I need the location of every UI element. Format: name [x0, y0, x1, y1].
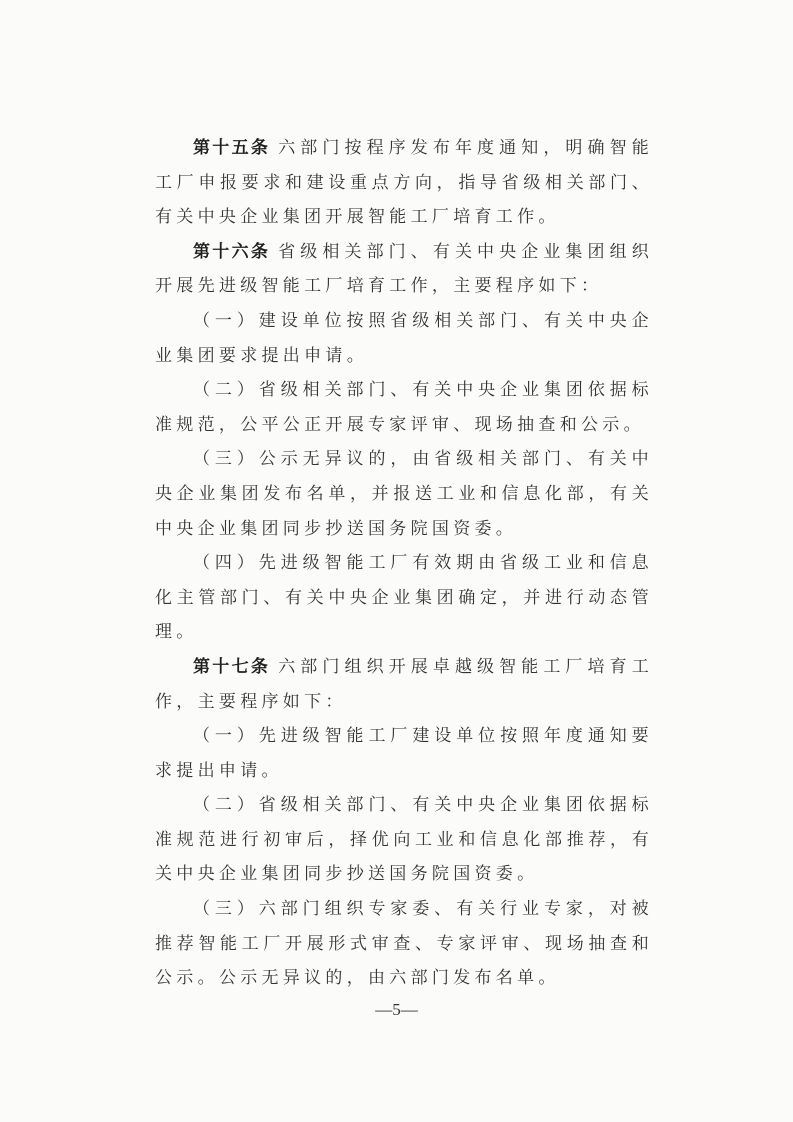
page-number: —5— [0, 1000, 793, 1020]
article-17-item-2: （二）省级相关部门、有关中央企业集团依据标准规范进行初审后，择优向工业和信息化部… [155, 788, 653, 892]
article-16-item-3: （三）公示无异议的，由省级相关部门、有关中央企业集团发布名单，并报送工业和信息化… [155, 442, 653, 546]
document-body: 第十五条六部门按程序发布年度通知，明确智能工厂申报要求和建设重点方向，指导省级相… [155, 131, 653, 996]
article-16-item-2: （二）省级相关部门、有关中央企业集团依据标准规范，公平公正开展专家评审、现场抽查… [155, 373, 653, 442]
article-17-item-3: （三）六部门组织专家委、有关行业专家，对被推荐智能工厂开展形式审查、专家评审、现… [155, 892, 653, 996]
article-16-item-4: （四）先进级智能工厂有效期由省级工业和信息化主管部门、有关中央企业集团确定，并进… [155, 546, 653, 650]
document-page: 第十五条六部门按程序发布年度通知，明确智能工厂申报要求和建设重点方向，指导省级相… [0, 0, 793, 1122]
article-16: 第十六条省级相关部门、有关中央企业集团组织开展先进级智能工厂培育工作，主要程序如… [155, 235, 653, 304]
article-label: 第十七条 [193, 657, 270, 677]
article-16-item-1: （一）建设单位按照省级相关部门、有关中央企业集团要求提出申请。 [155, 304, 653, 373]
article-label: 第十五条 [193, 138, 270, 158]
article-15: 第十五条六部门按程序发布年度通知，明确智能工厂申报要求和建设重点方向，指导省级相… [155, 131, 653, 235]
article-label: 第十六条 [193, 242, 270, 262]
article-17: 第十七条六部门组织开展卓越级智能工厂培育工作，主要程序如下： [155, 650, 653, 719]
article-17-item-1: （一）先进级智能工厂建设单位按照年度通知要求提出申请。 [155, 719, 653, 788]
